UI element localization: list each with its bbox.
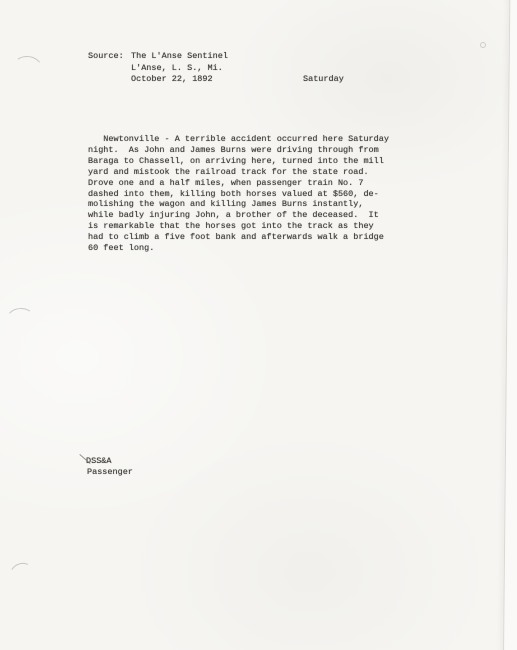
paper-arc-mark-bottom: [7, 560, 36, 587]
page-edge: [503, 0, 517, 650]
paper-texture: [0, 0, 517, 650]
paper-arc-mark-top: [10, 54, 44, 85]
weekday: Saturday: [303, 74, 344, 85]
source-details: The L'Anse Sentinel L'Anse, L. S., Mi. O…: [131, 51, 228, 86]
source-label: Source:: [88, 51, 124, 62]
annotation-passenger: Passenger: [87, 467, 133, 478]
article-text: Newtonville - A terrible accident occurr…: [88, 134, 389, 254]
paper-arc-mark-middle: [5, 307, 36, 334]
paper-speck: [480, 42, 486, 48]
